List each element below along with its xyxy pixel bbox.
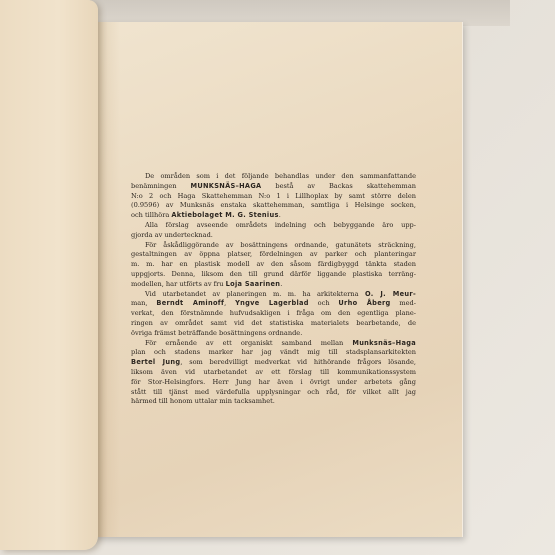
- text-line: stått till tjänst med värdefulla upplysn…: [131, 388, 416, 398]
- paragraph-2: Alla förslag avseende områdets indelning…: [131, 221, 416, 241]
- text-line: De områden som i det följande behandlas …: [131, 172, 416, 182]
- text-line: ringen av området samt vid det statistis…: [131, 319, 416, 329]
- text-line: gestaltningen av öppna platser, fördelni…: [131, 250, 416, 260]
- text-line: man, Berndt Aminoff, Yngve Lagerblad och…: [131, 299, 416, 309]
- text-line: övriga främst beträffande bosättningens …: [131, 329, 416, 339]
- text-line: och tillhöra Aktiebolaget M. G. Stenius.: [131, 211, 416, 221]
- text-line: härmed till honom uttalar min tacksamhet…: [131, 397, 416, 407]
- paragraph-3: För åskådliggörande av bosättningens ord…: [131, 241, 416, 290]
- text-line: För åskådliggörande av bosättningens ord…: [131, 241, 416, 251]
- paragraph-1: De områden som i det följande behandlas …: [131, 172, 416, 221]
- text-line: gjorda av undertecknad.: [131, 231, 416, 241]
- text-line: uppgjorts. Denna, liksom den till grund …: [131, 270, 416, 280]
- text-line: modellen, har utförts av fru Loja Saarin…: [131, 280, 416, 290]
- text-line: Alla förslag avseende områdets indelning…: [131, 221, 416, 231]
- paragraph-5: För ernående av ett organiskt samband me…: [131, 339, 416, 408]
- text-line: Bertel Jung, som beredvilligt medverkat …: [131, 358, 416, 368]
- text-line: verkat, den förstnämnde hufvudsakligen i…: [131, 309, 416, 319]
- text-line: plan och stadens marker har jag vändt mi…: [131, 348, 416, 358]
- text-line: Vid utarbetandet av planeringen m. m. ha…: [131, 290, 416, 300]
- paragraph-4: Vid utarbetandet av planeringen m. m. ha…: [131, 290, 416, 339]
- text-line: benämningen MUNKSNÄS–HAGA bestå av Backa…: [131, 182, 416, 192]
- text-line: m. m. har en plastisk modell av den såso…: [131, 260, 416, 270]
- text-line: (0.9596) av Munksnäs enstaka skattehemma…: [131, 201, 416, 211]
- text-line: för Stor-Helsingfors. Herr Jung har även…: [131, 378, 416, 388]
- page-text-block: De områden som i det följande behandlas …: [131, 172, 416, 407]
- text-line: N:o 2 och Haga Skattehemman N:o 1 i Lill…: [131, 192, 416, 202]
- text-line: För ernående av ett organiskt samband me…: [131, 339, 416, 349]
- text-line: liksom även vid utarbetandet av ett förs…: [131, 368, 416, 378]
- left-book-page-curl: [0, 0, 98, 550]
